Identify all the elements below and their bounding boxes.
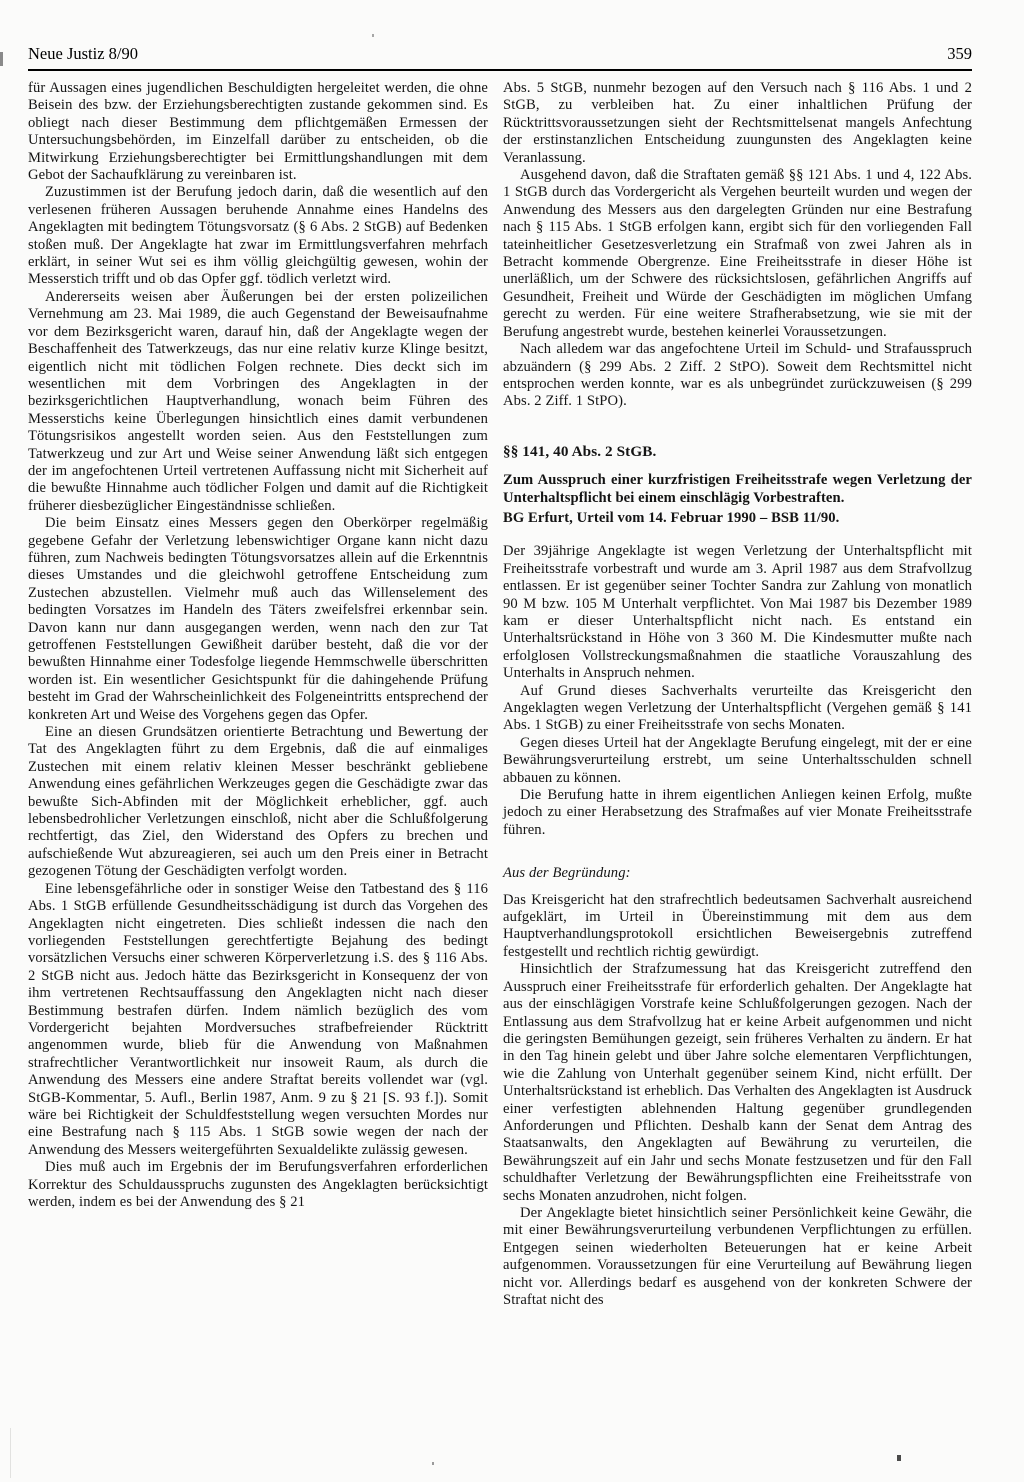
page: Neue Justiz 8/90 359 für Aussagen eines … [0,0,1024,1482]
scan-artifact [10,1428,11,1478]
body-paragraph: Andererseits weisen aber Äußerungen bei … [28,289,488,515]
reasoning-label: Aus der Begründung: [503,865,972,882]
body-paragraph: Eine an diesen Grundsätzen orientierte B… [28,724,488,881]
scan-artifact [897,1455,901,1461]
body-paragraph: Nach alledem war das angefochtene Urteil… [503,341,972,411]
body-paragraph: Die beim Einsatz eines Messers gegen den… [28,515,488,724]
case-headnote: Zum Ausspruch einer kurzfristigen Freihe… [503,472,972,507]
left-column: für Aussagen eines jugendlichen Beschuld… [28,80,488,1309]
right-column: Abs. 5 StGB, nunmehr bezogen auf den Ver… [503,80,972,1309]
page-number: 359 [947,44,972,64]
reasoning-paragraph: Hinsichtlich der Strafzumessung hat das … [503,961,972,1205]
body-paragraph: Dies muß auch im Ergebnis der im Berufun… [28,1159,488,1211]
scanned-journal-page: { "page": { "journal_header": "Neue Just… [0,0,1024,1482]
facts-paragraph: Gegen dieses Urteil hat der Angeklagte B… [503,735,972,787]
scan-artifact [432,1462,434,1465]
body-paragraph: Abs. 5 StGB, nunmehr bezogen auf den Ver… [503,80,972,167]
body-paragraph: Eine lebensgefährliche oder in sonstiger… [28,881,488,1160]
body-paragraph: Zuzustimmen ist der Berufung jedoch dari… [28,184,488,288]
statute-heading: §§ 141, 40 Abs. 2 StGB. [503,443,972,460]
reasoning-paragraph: Der Angeklagte bietet hinsichtlich seine… [503,1205,972,1309]
page-header: Neue Justiz 8/90 359 [28,0,972,64]
facts-paragraph: Der 39jährige Angeklagte ist wegen Verle… [503,543,972,682]
facts-paragraph: Die Berufung hatte in ihrem eigentlichen… [503,787,972,839]
body-paragraph: Ausgehend davon, daß die Straftaten gemä… [503,167,972,341]
body-paragraph: für Aussagen eines jugendlichen Beschuld… [28,80,488,184]
header-rule [28,69,972,71]
reasoning-paragraph: Das Kreisgericht hat den strafrechtlich … [503,892,972,962]
facts-paragraph: Auf Grund dieses Sachverhalts verurteilt… [503,683,972,735]
text-columns: für Aussagen eines jugendlichen Beschuld… [28,80,972,1309]
scan-artifact [372,34,374,37]
journal-title: Neue Justiz 8/90 [28,44,138,64]
court-reference: BG Erfurt, Urteil vom 14. Februar 1990 –… [503,510,972,527]
scan-artifact [0,52,3,66]
